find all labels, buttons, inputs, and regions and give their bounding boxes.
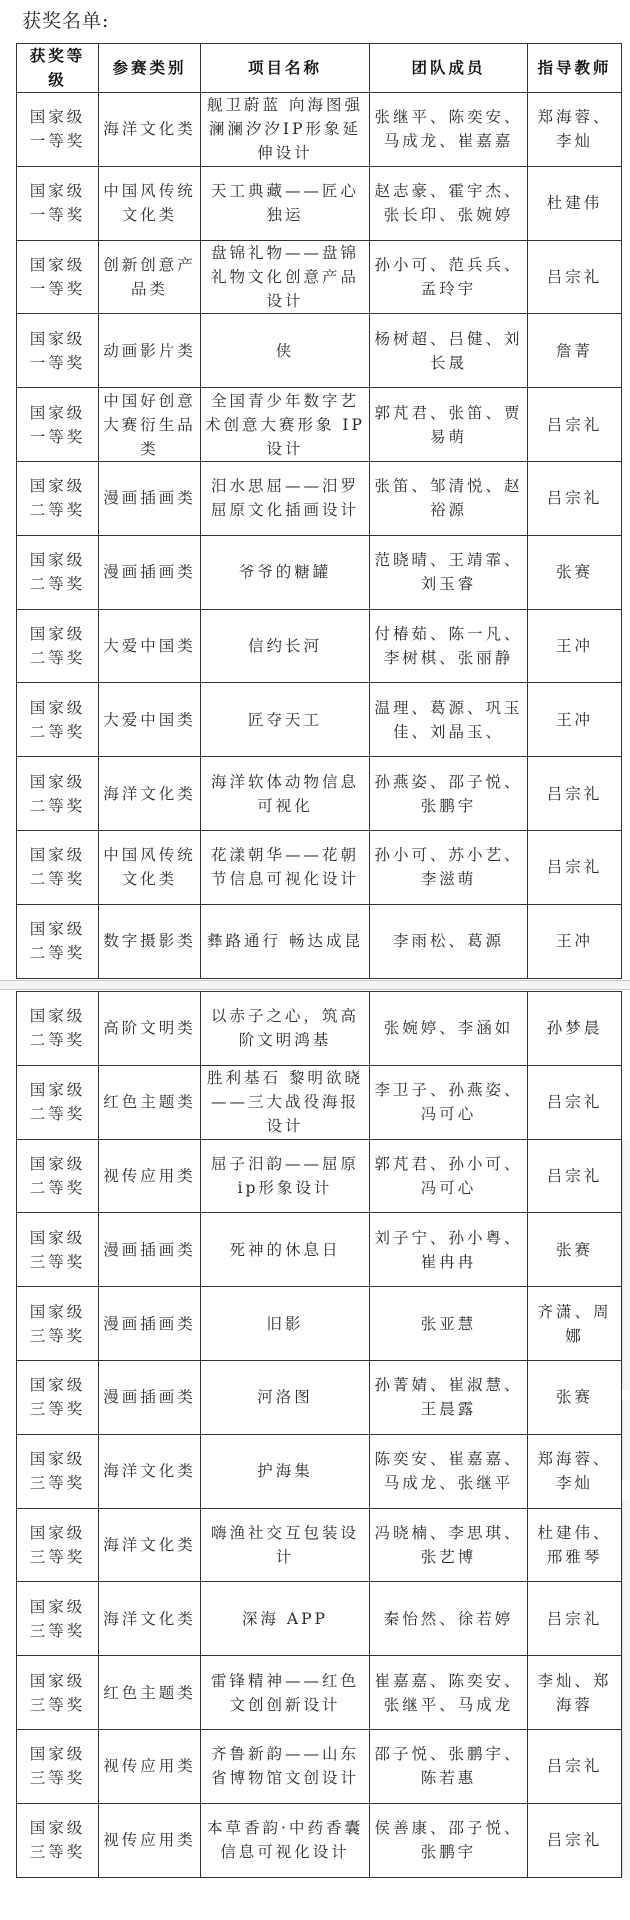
- category-cell-text: 漫画插画类: [103, 1312, 196, 1336]
- advisor-cell: 詹菁: [528, 314, 622, 388]
- category-cell-text: 中国风传统文化类: [103, 843, 196, 891]
- category-cell-text: 漫画插画类: [103, 1385, 196, 1409]
- category-cell: 海洋文化类: [99, 757, 201, 831]
- table-row: 国家级三等奖漫画插画类河洛图孙菁婧、崔淑慧、王晨露张赛: [17, 1360, 622, 1434]
- advisor-cell: 吕宗礼: [528, 1065, 622, 1139]
- project-name-cell-text: 舰卫蔚蓝 向海图强 澜澜汐汐IP形象延伸设计: [205, 93, 365, 165]
- award-level-cell: 国家级二等奖: [17, 904, 99, 978]
- category-cell-text: 红色主题类: [103, 1090, 196, 1114]
- project-name-cell-text: 旧影: [205, 1312, 365, 1336]
- advisor-cell: 王冲: [528, 609, 622, 683]
- award-level-cell: 国家级二等奖: [17, 992, 99, 1066]
- award-level-cell-text: 国家级三等奖: [21, 1595, 94, 1643]
- table-row: 国家级二等奖中国风传统文化类花漾朝华——花朝节信息可视化设计孙小可、苏小艺、李滋…: [17, 830, 622, 904]
- award-level-cell-text: 国家级二等奖: [21, 770, 94, 818]
- advisor-cell-text: 王冲: [532, 708, 617, 732]
- award-level-cell: 国家级一等奖: [17, 388, 99, 462]
- adjacent-panel-edge: [622, 1140, 630, 1390]
- advisor-cell: 吕宗礼: [528, 388, 622, 462]
- project-name-cell: 汨水思屈——汨罗屈原文化插画设计: [201, 461, 370, 535]
- award-level-cell: 国家级三等奖: [17, 1360, 99, 1434]
- category-cell: 漫画插画类: [99, 1287, 201, 1361]
- table-row: 国家级一等奖动画影片类侠杨树超、吕健、刘长晟詹菁: [17, 314, 622, 388]
- category-cell: 中国风传统文化类: [99, 166, 201, 240]
- team-members-cell-text: 郭芃君、张笛、贾易萌: [374, 401, 523, 449]
- award-level-cell: 国家级三等奖: [17, 1287, 99, 1361]
- category-cell: 动画影片类: [99, 314, 201, 388]
- project-name-cell-text: 深海 APP: [205, 1607, 365, 1631]
- award-level-cell-text: 国家级三等奖: [21, 1816, 94, 1864]
- team-members-cell-text: 范晓晴、王靖霏、刘玉睿: [374, 548, 523, 596]
- project-name-cell: 舰卫蔚蓝 向海图强 澜澜汐汐IP形象延伸设计: [201, 93, 370, 167]
- team-members-cell: 杨树超、吕健、刘长晟: [370, 314, 528, 388]
- advisor-cell: 吕宗礼: [528, 830, 622, 904]
- project-name-cell: 匠夺天工: [201, 683, 370, 757]
- advisor-cell: 吕宗礼: [528, 1803, 622, 1877]
- category-cell-text: 视传应用类: [103, 1164, 196, 1188]
- team-members-cell: 孙燕姿、邵子悦、张鹏宇: [370, 757, 528, 831]
- team-members-cell: 赵志豪、霍宇杰、张长印、张婉婷: [370, 166, 528, 240]
- award-level-cell: 国家级三等奖: [17, 1803, 99, 1877]
- advisor-cell-text: 王冲: [532, 634, 617, 658]
- table-row: 国家级三等奖视传应用类本草香韵·中药香囊信息可视化设计侯善康、邵子悦、张鹏宇吕宗…: [17, 1803, 622, 1877]
- team-members-cell: 付椿茹、陈一凡、李树棋、张丽静: [370, 609, 528, 683]
- advisor-cell-text: 吕宗礼: [532, 1828, 617, 1852]
- project-name-cell-text: 雷锋精神——红色文创创新设计: [205, 1669, 365, 1717]
- award-level-cell-text: 国家级一等奖: [21, 253, 94, 301]
- team-members-cell-text: 孙小可、苏小艺、李滋萌: [374, 843, 523, 891]
- awards-table-page-2: 国家级二等奖高阶文明类以赤子之心，筑高阶文明鸿基张婉婷、李涵如孙梦晨国家级二等奖…: [16, 991, 622, 1878]
- advisor-cell: 王冲: [528, 904, 622, 978]
- team-members-cell-text: 孙燕姿、邵子悦、张鹏宇: [374, 770, 523, 818]
- award-level-cell: 国家级三等奖: [17, 1508, 99, 1582]
- advisor-cell-text: 张赛: [532, 1385, 617, 1409]
- advisor-cell: 李灿、郑海蓉: [528, 1656, 622, 1730]
- advisor-cell: 吕宗礼: [528, 757, 622, 831]
- table-row: 国家级一等奖中国好创意大赛衍生品类全国青少年数字艺术创意大赛形象 IP 设计郭芃…: [17, 388, 622, 462]
- project-name-cell: 信约长河: [201, 609, 370, 683]
- project-name-cell: 天工典藏——匠心独运: [201, 166, 370, 240]
- category-cell-text: 海洋文化类: [103, 1459, 196, 1483]
- category-cell-text: 大爱中国类: [103, 634, 196, 658]
- project-name-cell-text: 死神的休息日: [205, 1238, 365, 1262]
- advisor-cell: 吕宗礼: [528, 461, 622, 535]
- team-members-cell: 郭芃君、张笛、贾易萌: [370, 388, 528, 462]
- category-cell: 高阶文明类: [99, 992, 201, 1066]
- advisor-cell: 吕宗礼: [528, 1729, 622, 1803]
- team-members-cell-text: 张笛、邹清悦、赵裕源: [374, 474, 523, 522]
- project-name-cell-text: 盘锦礼物——盘锦礼物文化创意产品设计: [205, 241, 365, 313]
- award-level-cell-text: 国家级一等奖: [21, 401, 94, 449]
- category-cell-text: 漫画插画类: [103, 1238, 196, 1262]
- award-level-cell-text: 国家级三等奖: [21, 1226, 94, 1274]
- team-members-cell-text: 陈奕安、崔嘉嘉、马成龙、张继平: [374, 1447, 523, 1495]
- header-project-name: 项目名称: [201, 44, 370, 93]
- project-name-cell-text: 胜利基石 黎明欲晓——三大战役海报设计: [205, 1066, 365, 1138]
- team-members-cell-text: 刘子宁、孙小粤、崔冉冉: [374, 1226, 523, 1274]
- award-level-cell-text: 国家级二等奖: [21, 696, 94, 744]
- header-award-level: 获奖等级: [17, 44, 99, 93]
- award-level-cell: 国家级二等奖: [17, 461, 99, 535]
- awards-table-page-1: 获奖等级 参赛类别 项目名称 团队成员 指导教师 国家级一等奖海洋文化类舰卫蔚蓝…: [16, 43, 622, 979]
- project-name-cell-text: 汨水思屈——汨罗屈原文化插画设计: [205, 474, 365, 522]
- team-members-cell: 张亚慧: [370, 1287, 528, 1361]
- header-advisor: 指导教师: [528, 44, 622, 93]
- project-name-cell: 彝路通行 畅达成昆: [201, 904, 370, 978]
- table-row: 国家级三等奖视传应用类齐鲁新韵——山东省博物馆文创设计邵子悦、张鹏宇、陈若惠吕宗…: [17, 1729, 622, 1803]
- team-members-cell: 李雨松、葛源: [370, 904, 528, 978]
- category-cell: 数字摄影类: [99, 904, 201, 978]
- category-cell-text: 漫画插画类: [103, 560, 196, 584]
- category-cell: 海洋文化类: [99, 1434, 201, 1508]
- award-level-cell: 国家级三等奖: [17, 1434, 99, 1508]
- project-name-cell: 深海 APP: [201, 1582, 370, 1656]
- advisor-cell-text: 孙梦晨: [532, 1016, 617, 1040]
- team-members-cell: 李卫子、孙燕姿、冯可心: [370, 1065, 528, 1139]
- advisor-cell: 杜建伟: [528, 166, 622, 240]
- team-members-cell-text: 温理、葛源、巩玉佳、刘晶玉、: [374, 696, 523, 744]
- award-level-cell: 国家级二等奖: [17, 683, 99, 757]
- category-cell: 创新创意产品类: [99, 240, 201, 314]
- page-break-divider: [0, 980, 630, 990]
- project-name-cell: 本草香韵·中药香囊信息可视化设计: [201, 1803, 370, 1877]
- project-name-cell: 海洋软体动物信息可视化: [201, 757, 370, 831]
- category-cell: 中国好创意大赛衍生品类: [99, 388, 201, 462]
- advisor-cell-text: 吕宗礼: [532, 1164, 617, 1188]
- table-row: 国家级三等奖海洋文化类嗨渔社交互包装设计冯晓楠、李思琪、张艺博杜建伟、邢雅琴: [17, 1508, 622, 1582]
- advisor-cell-text: 吕宗礼: [532, 486, 617, 510]
- award-level-cell-text: 国家级一等奖: [21, 105, 94, 153]
- award-level-cell-text: 国家级二等奖: [21, 622, 94, 670]
- team-members-cell-text: 张继平、陈奕安、马成龙、崔嘉嘉: [374, 105, 523, 153]
- category-cell-text: 高阶文明类: [103, 1016, 196, 1040]
- table-row: 国家级二等奖数字摄影类彝路通行 畅达成昆李雨松、葛源王冲: [17, 904, 622, 978]
- team-members-cell: 陈奕安、崔嘉嘉、马成龙、张继平: [370, 1434, 528, 1508]
- advisor-cell-text: 詹菁: [532, 339, 617, 363]
- table-row: 国家级三等奖海洋文化类深海 APP秦怡然、徐若婷吕宗礼: [17, 1582, 622, 1656]
- team-members-cell-text: 张亚慧: [374, 1312, 523, 1336]
- table-row: 国家级三等奖海洋文化类护海集陈奕安、崔嘉嘉、马成龙、张继平郑海蓉、李灿: [17, 1434, 622, 1508]
- category-cell-text: 数字摄影类: [103, 929, 196, 953]
- table-header-row: 获奖等级 参赛类别 项目名称 团队成员 指导教师: [17, 44, 622, 93]
- project-name-cell: 河洛图: [201, 1360, 370, 1434]
- category-cell: 漫画插画类: [99, 1213, 201, 1287]
- advisor-cell-text: 吕宗礼: [532, 1607, 617, 1631]
- category-cell: 红色主题类: [99, 1065, 201, 1139]
- project-name-cell: 以赤子之心，筑高阶文明鸿基: [201, 992, 370, 1066]
- category-cell-text: 海洋文化类: [103, 1533, 196, 1557]
- award-level-cell-text: 国家级三等奖: [21, 1742, 94, 1790]
- award-level-cell: 国家级二等奖: [17, 757, 99, 831]
- project-name-cell-text: 信约长河: [205, 634, 365, 658]
- category-cell: 视传应用类: [99, 1729, 201, 1803]
- category-cell-text: 动画影片类: [103, 339, 196, 363]
- category-cell: 海洋文化类: [99, 1582, 201, 1656]
- advisor-cell: 张赛: [528, 1213, 622, 1287]
- advisor-cell-text: 齐潇、周娜: [532, 1300, 617, 1348]
- team-members-cell-text: 孙菁婧、崔淑慧、王晨露: [374, 1373, 523, 1421]
- award-level-cell-text: 国家级一等奖: [21, 327, 94, 375]
- advisor-cell-text: 郑海蓉、李灿: [532, 105, 617, 153]
- team-members-cell: 温理、葛源、巩玉佳、刘晶玉、: [370, 683, 528, 757]
- category-cell-text: 海洋文化类: [103, 1607, 196, 1631]
- category-cell-text: 漫画插画类: [103, 486, 196, 510]
- team-members-cell: 冯晓楠、李思琪、张艺博: [370, 1508, 528, 1582]
- project-name-cell: 雷锋精神——红色文创创新设计: [201, 1656, 370, 1730]
- project-name-cell-text: 侠: [205, 339, 365, 363]
- adjacent-panel-edge: [622, 1400, 630, 1480]
- team-members-cell-text: 赵志豪、霍宇杰、张长印、张婉婷: [374, 179, 523, 227]
- project-name-cell: 胜利基石 黎明欲晓——三大战役海报设计: [201, 1065, 370, 1139]
- header-category: 参赛类别: [99, 44, 201, 93]
- table-row: 国家级一等奖创新创意产品类盘锦礼物——盘锦礼物文化创意产品设计孙小可、范兵兵、孟…: [17, 240, 622, 314]
- team-members-cell-text: 孙小可、范兵兵、孟玲宇: [374, 253, 523, 301]
- advisor-cell: 齐潇、周娜: [528, 1287, 622, 1361]
- category-cell-text: 大爱中国类: [103, 708, 196, 732]
- team-members-cell-text: 侯善康、邵子悦、张鹏宇: [374, 1816, 523, 1864]
- team-members-cell: 孙小可、范兵兵、孟玲宇: [370, 240, 528, 314]
- advisor-cell: 郑海蓉、李灿: [528, 1434, 622, 1508]
- advisor-cell: 张赛: [528, 535, 622, 609]
- category-cell: 漫画插画类: [99, 461, 201, 535]
- table-row: 国家级二等奖漫画插画类爷爷的糖罐范晓晴、王靖霏、刘玉睿张赛: [17, 535, 622, 609]
- advisor-cell-text: 李灿、郑海蓉: [532, 1669, 617, 1717]
- team-members-cell: 崔嘉嘉、陈奕安、张继平、马成龙: [370, 1656, 528, 1730]
- advisor-cell-text: 王冲: [532, 929, 617, 953]
- award-level-cell: 国家级二等奖: [17, 830, 99, 904]
- award-level-cell: 国家级三等奖: [17, 1656, 99, 1730]
- project-name-cell: 屈子汨韵——屈原 ip形象设计: [201, 1139, 370, 1213]
- advisor-cell-text: 吕宗礼: [532, 1754, 617, 1778]
- category-cell: 大爱中国类: [99, 683, 201, 757]
- advisor-cell: 吕宗礼: [528, 240, 622, 314]
- award-level-cell-text: 国家级一等奖: [21, 179, 94, 227]
- team-members-cell-text: 杨树超、吕健、刘长晟: [374, 327, 523, 375]
- team-members-cell-text: 崔嘉嘉、陈奕安、张继平、马成龙: [374, 1669, 523, 1717]
- award-level-cell-text: 国家级三等奖: [21, 1669, 94, 1717]
- team-members-cell-text: 付椿茹、陈一凡、李树棋、张丽静: [374, 622, 523, 670]
- award-level-cell: 国家级三等奖: [17, 1213, 99, 1287]
- award-level-cell: 国家级三等奖: [17, 1582, 99, 1656]
- award-level-cell-text: 国家级二等奖: [21, 1078, 94, 1126]
- award-level-cell: 国家级二等奖: [17, 535, 99, 609]
- team-members-cell-text: 秦怡然、徐若婷: [374, 1607, 523, 1631]
- header-team-members: 团队成员: [370, 44, 528, 93]
- award-level-cell-text: 国家级二等奖: [21, 1004, 94, 1052]
- award-level-cell: 国家级二等奖: [17, 609, 99, 683]
- category-cell: 大爱中国类: [99, 609, 201, 683]
- category-cell: 视传应用类: [99, 1139, 201, 1213]
- team-members-cell: 秦怡然、徐若婷: [370, 1582, 528, 1656]
- advisor-cell: 吕宗礼: [528, 1582, 622, 1656]
- project-name-cell-text: 齐鲁新韵——山东省博物馆文创设计: [205, 1742, 365, 1790]
- project-name-cell-text: 本草香韵·中药香囊信息可视化设计: [205, 1816, 365, 1864]
- project-name-cell: 花漾朝华——花朝节信息可视化设计: [201, 830, 370, 904]
- project-name-cell-text: 花漾朝华——花朝节信息可视化设计: [205, 843, 365, 891]
- team-members-cell: 张笛、邹清悦、赵裕源: [370, 461, 528, 535]
- project-name-cell: 嗨渔社交互包装设计: [201, 1508, 370, 1582]
- advisor-cell: 郑海蓉、李灿: [528, 93, 622, 167]
- award-level-cell: 国家级一等奖: [17, 314, 99, 388]
- project-name-cell: 护海集: [201, 1434, 370, 1508]
- advisor-cell: 杜建伟、邢雅琴: [528, 1508, 622, 1582]
- category-cell-text: 海洋文化类: [103, 782, 196, 806]
- advisor-cell-text: 吕宗礼: [532, 413, 617, 437]
- adjacent-panel-edge: [622, 1500, 630, 1880]
- table-row: 国家级二等奖漫画插画类汨水思屈——汨罗屈原文化插画设计张笛、邹清悦、赵裕源吕宗礼: [17, 461, 622, 535]
- category-cell-text: 中国好创意大赛衍生品类: [103, 389, 196, 461]
- category-cell-text: 视传应用类: [103, 1828, 196, 1852]
- advisor-cell-text: 张赛: [532, 1238, 617, 1262]
- table-row: 国家级三等奖红色主题类雷锋精神——红色文创创新设计崔嘉嘉、陈奕安、张继平、马成龙…: [17, 1656, 622, 1730]
- advisor-cell-text: 吕宗礼: [532, 855, 617, 879]
- team-members-cell: 郭芃君、孙小可、冯可心: [370, 1139, 528, 1213]
- category-cell: 海洋文化类: [99, 93, 201, 167]
- project-name-cell: 盘锦礼物——盘锦礼物文化创意产品设计: [201, 240, 370, 314]
- category-cell-text: 视传应用类: [103, 1754, 196, 1778]
- advisor-cell-text: 郑海蓉、李灿: [532, 1447, 617, 1495]
- table-row: 国家级二等奖大爱中国类信约长河付椿茹、陈一凡、李树棋、张丽静王冲: [17, 609, 622, 683]
- project-name-cell: 齐鲁新韵——山东省博物馆文创设计: [201, 1729, 370, 1803]
- table-row: 国家级二等奖海洋文化类海洋软体动物信息可视化孙燕姿、邵子悦、张鹏宇吕宗礼: [17, 757, 622, 831]
- project-name-cell-text: 护海集: [205, 1459, 365, 1483]
- team-members-cell-text: 邵子悦、张鹏宇、陈若惠: [374, 1742, 523, 1790]
- category-cell-text: 红色主题类: [103, 1681, 196, 1705]
- team-members-cell: 刘子宁、孙小粤、崔冉冉: [370, 1213, 528, 1287]
- category-cell-text: 海洋文化类: [103, 117, 196, 141]
- project-name-cell-text: 天工典藏——匠心独运: [205, 179, 365, 227]
- category-cell: 视传应用类: [99, 1803, 201, 1877]
- advisor-cell-text: 吕宗礼: [532, 265, 617, 289]
- advisor-cell-text: 吕宗礼: [532, 782, 617, 806]
- project-name-cell-text: 嗨渔社交互包装设计: [205, 1521, 365, 1569]
- award-level-cell: 国家级二等奖: [17, 1065, 99, 1139]
- team-members-cell: 孙小可、苏小艺、李滋萌: [370, 830, 528, 904]
- project-name-cell-text: 海洋软体动物信息可视化: [205, 770, 365, 818]
- team-members-cell-text: 郭芃君、孙小可、冯可心: [374, 1152, 523, 1200]
- project-name-cell: 侠: [201, 314, 370, 388]
- team-members-cell: 范晓晴、王靖霏、刘玉睿: [370, 535, 528, 609]
- award-level-cell-text: 国家级二等奖: [21, 474, 94, 522]
- award-level-cell: 国家级二等奖: [17, 1139, 99, 1213]
- category-cell-text: 创新创意产品类: [103, 253, 196, 301]
- team-members-cell-text: 李雨松、葛源: [374, 929, 523, 953]
- award-level-cell-text: 国家级二等奖: [21, 1152, 94, 1200]
- advisor-cell: 张赛: [528, 1360, 622, 1434]
- award-level-cell-text: 国家级二等奖: [21, 843, 94, 891]
- team-members-cell: 张婉婷、李涵如: [370, 992, 528, 1066]
- project-name-cell-text: 以赤子之心，筑高阶文明鸿基: [205, 1004, 365, 1052]
- project-name-cell: 旧影: [201, 1287, 370, 1361]
- team-members-cell: 孙菁婧、崔淑慧、王晨露: [370, 1360, 528, 1434]
- project-name-cell-text: 匠夺天工: [205, 708, 365, 732]
- project-name-cell: 爷爷的糖罐: [201, 535, 370, 609]
- project-name-cell-text: 河洛图: [205, 1385, 365, 1409]
- team-members-cell: 张继平、陈奕安、马成龙、崔嘉嘉: [370, 93, 528, 167]
- award-level-cell: 国家级一等奖: [17, 166, 99, 240]
- document-title: 获奖名单:: [22, 6, 109, 33]
- team-members-cell: 侯善康、邵子悦、张鹏宇: [370, 1803, 528, 1877]
- advisor-cell: 吕宗礼: [528, 1139, 622, 1213]
- award-level-cell-text: 国家级三等奖: [21, 1521, 94, 1569]
- award-level-cell: 国家级一等奖: [17, 240, 99, 314]
- award-level-cell: 国家级三等奖: [17, 1729, 99, 1803]
- award-level-cell-text: 国家级三等奖: [21, 1447, 94, 1495]
- table-row: 国家级三等奖漫画插画类死神的休息日刘子宁、孙小粤、崔冉冉张赛: [17, 1213, 622, 1287]
- team-members-cell: 邵子悦、张鹏宇、陈若惠: [370, 1729, 528, 1803]
- table-row: 国家级二等奖红色主题类胜利基石 黎明欲晓——三大战役海报设计李卫子、孙燕姿、冯可…: [17, 1065, 622, 1139]
- table-row: 国家级一等奖中国风传统文化类天工典藏——匠心独运赵志豪、霍宇杰、张长印、张婉婷杜…: [17, 166, 622, 240]
- category-cell: 红色主题类: [99, 1656, 201, 1730]
- project-name-cell: 全国青少年数字艺术创意大赛形象 IP 设计: [201, 388, 370, 462]
- team-members-cell-text: 张婉婷、李涵如: [374, 1016, 523, 1040]
- project-name-cell-text: 全国青少年数字艺术创意大赛形象 IP 设计: [205, 389, 365, 461]
- category-cell: 漫画插画类: [99, 535, 201, 609]
- advisor-cell: 孙梦晨: [528, 992, 622, 1066]
- table-row: 国家级二等奖大爱中国类匠夺天工温理、葛源、巩玉佳、刘晶玉、王冲: [17, 683, 622, 757]
- table-row: 国家级二等奖高阶文明类以赤子之心，筑高阶文明鸿基张婉婷、李涵如孙梦晨: [17, 992, 622, 1066]
- category-cell-text: 中国风传统文化类: [103, 179, 196, 227]
- project-name-cell: 死神的休息日: [201, 1213, 370, 1287]
- table-row: 国家级一等奖海洋文化类舰卫蔚蓝 向海图强 澜澜汐汐IP形象延伸设计张继平、陈奕安…: [17, 93, 622, 167]
- award-level-cell-text: 国家级三等奖: [21, 1373, 94, 1421]
- team-members-cell-text: 冯晓楠、李思琪、张艺博: [374, 1521, 523, 1569]
- team-members-cell-text: 李卫子、孙燕姿、冯可心: [374, 1078, 523, 1126]
- award-level-cell-text: 国家级三等奖: [21, 1300, 94, 1348]
- category-cell: 海洋文化类: [99, 1508, 201, 1582]
- advisor-cell-text: 杜建伟、邢雅琴: [532, 1521, 617, 1569]
- table-body-page-2: 国家级二等奖高阶文明类以赤子之心，筑高阶文明鸿基张婉婷、李涵如孙梦晨国家级二等奖…: [17, 992, 622, 1878]
- category-cell: 中国风传统文化类: [99, 830, 201, 904]
- advisor-cell-text: 杜建伟: [532, 191, 617, 215]
- award-level-cell: 国家级一等奖: [17, 93, 99, 167]
- advisor-cell-text: 吕宗礼: [532, 1090, 617, 1114]
- table-row: 国家级二等奖视传应用类屈子汨韵——屈原 ip形象设计郭芃君、孙小可、冯可心吕宗礼: [17, 1139, 622, 1213]
- advisor-cell-text: 张赛: [532, 560, 617, 584]
- category-cell: 漫画插画类: [99, 1360, 201, 1434]
- award-level-cell-text: 国家级二等奖: [21, 917, 94, 965]
- project-name-cell-text: 爷爷的糖罐: [205, 560, 365, 584]
- project-name-cell-text: 屈子汨韵——屈原 ip形象设计: [205, 1152, 365, 1200]
- advisor-cell: 王冲: [528, 683, 622, 757]
- table-row: 国家级三等奖漫画插画类旧影张亚慧齐潇、周娜: [17, 1287, 622, 1361]
- table-body-page-1: 国家级一等奖海洋文化类舰卫蔚蓝 向海图强 澜澜汐汐IP形象延伸设计张继平、陈奕安…: [17, 93, 622, 979]
- project-name-cell-text: 彝路通行 畅达成昆: [205, 929, 365, 953]
- award-level-cell-text: 国家级二等奖: [21, 548, 94, 596]
